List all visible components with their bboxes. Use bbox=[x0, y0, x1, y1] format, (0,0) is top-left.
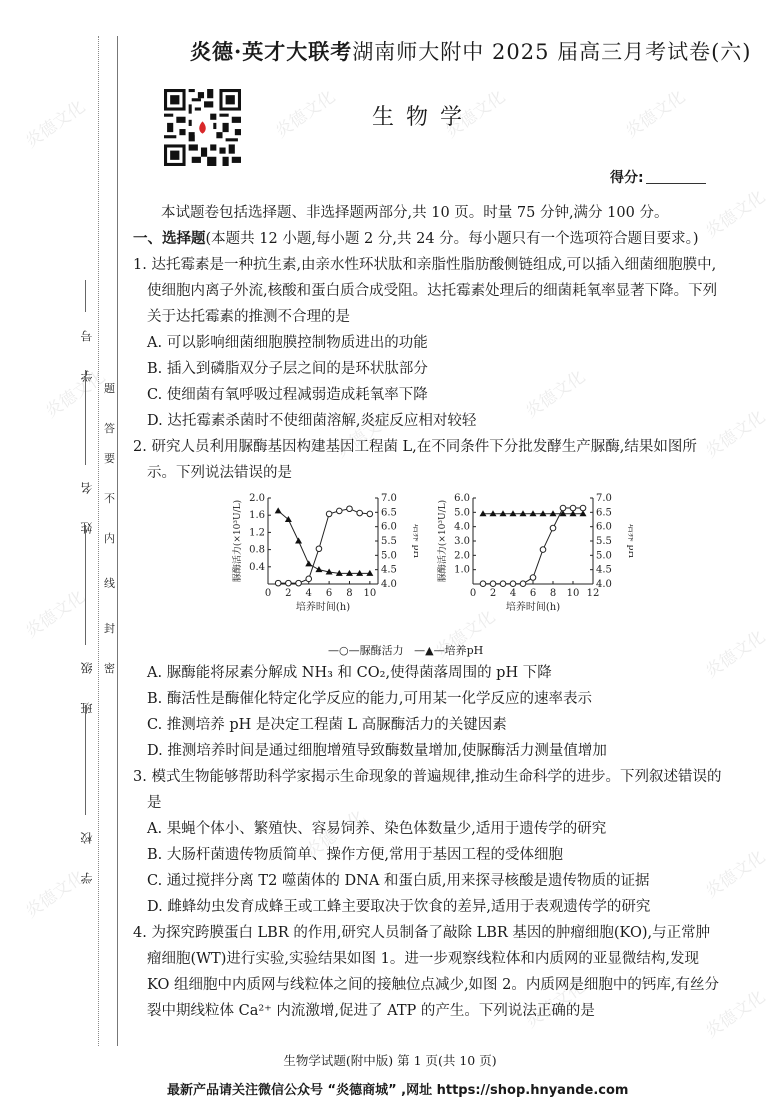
svg-text:2: 2 bbox=[285, 588, 291, 599]
exam-content: 本试题卷包括选择题、非选择题两部分,共 10 页。时量 75 分钟,满分 100… bbox=[133, 200, 723, 1024]
seal-char: 要 bbox=[104, 450, 115, 466]
binding-dotted-line bbox=[98, 36, 99, 1046]
score-blank bbox=[646, 183, 706, 184]
seal-char: 封 bbox=[104, 620, 115, 636]
svg-text:4: 4 bbox=[306, 588, 312, 599]
field-name-label: 姓 名 bbox=[78, 470, 95, 534]
svg-text:2: 2 bbox=[490, 588, 496, 599]
seal-char: 内 bbox=[104, 530, 115, 546]
svg-text:10: 10 bbox=[363, 588, 376, 599]
chart-legend: —○—脲酶活力 —▲—培养pH bbox=[328, 638, 483, 664]
svg-text:6: 6 bbox=[326, 588, 332, 599]
svg-text:培养 pH: 培养 pH bbox=[626, 524, 633, 559]
question-1: 1. 达托霉素是一种抗生素,由亲水性环状肽和亲脂性脂肪酸侧链组成,可以插入细菌细… bbox=[133, 252, 723, 434]
question-stem: 3. 模式生物能够帮助科学家揭示生命现象的普遍规律,推动生命科学的进步。下列叙述… bbox=[133, 764, 723, 816]
figure-charts: 02468100.40.81.21.62.04.04.55.05.56.06.5… bbox=[133, 490, 723, 660]
svg-text:0.8: 0.8 bbox=[249, 545, 265, 556]
svg-text:6.0: 6.0 bbox=[454, 493, 470, 504]
legend-activity: 脲酶活力 bbox=[360, 644, 404, 657]
option-c: C. 通过搅拌分离 T2 噬菌体的 DNA 和蛋白质,用来探寻核酸是遗传物质的证… bbox=[133, 868, 723, 894]
seal-char: 题 bbox=[104, 380, 115, 396]
seal-char: 不 bbox=[104, 490, 115, 506]
question-stem: 4. 为探究跨膜蛋白 LBR 的作用,研究人员制备了敲除 LBR 基因的肿瘤细胞… bbox=[133, 920, 723, 1024]
seal-char: 答 bbox=[104, 420, 115, 436]
exam-title-brand: 炎德·英才大联考 bbox=[190, 39, 352, 64]
svg-text:0.4: 0.4 bbox=[249, 562, 265, 573]
svg-text:4.5: 4.5 bbox=[596, 565, 612, 576]
option-a: A. 果蝇个体小、繁殖快、容易饲养、染色体数量少,适用于遗传学的研究 bbox=[133, 816, 723, 842]
legend-circle-icon: —○— bbox=[328, 644, 360, 657]
svg-text:5.0: 5.0 bbox=[596, 550, 612, 561]
legend-triangle-icon: —▲— bbox=[414, 644, 444, 657]
option-d: D. 达托霉素杀菌时不使细菌溶解,炎症反应相对较轻 bbox=[133, 408, 723, 434]
seal-char: 密 bbox=[104, 660, 115, 676]
field-school-line bbox=[85, 705, 86, 815]
field-name-line bbox=[85, 370, 86, 465]
field-student-number-line bbox=[85, 280, 86, 312]
svg-text:5.0: 5.0 bbox=[381, 550, 397, 561]
svg-text:6.0: 6.0 bbox=[381, 522, 397, 533]
chart-right: 0246810121.02.03.04.05.06.04.04.55.05.56… bbox=[433, 490, 633, 630]
svg-text:1.0: 1.0 bbox=[454, 565, 470, 576]
section-title: 一、选择题 bbox=[133, 230, 206, 247]
svg-text:0: 0 bbox=[265, 588, 271, 599]
option-c: C. 推测培养 pH 是决定工程菌 L 高脲酶活力的关键因素 bbox=[133, 712, 723, 738]
page-footer: 生物学试题(附中版) 第 1 页(共 10 页) bbox=[0, 1051, 780, 1069]
svg-text:脲酶活力(×10³U/L): 脲酶活力(×10³U/L) bbox=[436, 500, 448, 582]
field-class-label: 班 级 bbox=[78, 650, 95, 714]
promo-footer: 最新产品请关注微信公众号 “炎德商城” ,网址 https://shop.hny… bbox=[167, 1079, 628, 1098]
field-class-line bbox=[85, 525, 86, 645]
exam-title: 炎德·英才大联考湖南师大附中 2025 届高三月考试卷(六) bbox=[190, 36, 752, 66]
svg-text:6: 6 bbox=[530, 588, 536, 599]
svg-text:0: 0 bbox=[470, 588, 476, 599]
legend-ph: 培养pH bbox=[445, 644, 484, 657]
option-a: A. 可以影响细菌细胞膜控制物质进出的功能 bbox=[133, 330, 723, 356]
exam-intro: 本试题卷包括选择题、非选择题两部分,共 10 页。时量 75 分钟,满分 100… bbox=[133, 200, 723, 226]
option-b: B. 插入到磷脂双分子层之间的是环状肽部分 bbox=[133, 356, 723, 382]
option-b: B. 酶活性是酶催化特定化学反应的能力,可用某一化学反应的速率表示 bbox=[133, 686, 723, 712]
svg-text:8: 8 bbox=[550, 588, 556, 599]
svg-text:5.5: 5.5 bbox=[381, 536, 397, 547]
qr-code-icon bbox=[164, 89, 241, 166]
score-field: 得分: bbox=[610, 167, 706, 187]
svg-text:5.5: 5.5 bbox=[596, 536, 612, 547]
svg-text:2.0: 2.0 bbox=[249, 493, 265, 504]
svg-text:脲酶活力(×10³U/L): 脲酶活力(×10³U/L) bbox=[231, 500, 243, 582]
svg-text:4: 4 bbox=[510, 588, 516, 599]
exam-title-school: 湖南师大附中 2025 届高三月考试卷(六) bbox=[352, 40, 751, 64]
question-3: 3. 模式生物能够帮助科学家揭示生命现象的普遍规律,推动生命科学的进步。下列叙述… bbox=[133, 764, 723, 920]
option-d: D. 推测培养时间是通过细胞增殖导致酶数量增加,使脲酶活力测量值增加 bbox=[133, 738, 723, 764]
watermark-text: 炎德文化 bbox=[619, 83, 689, 142]
svg-text:1.2: 1.2 bbox=[249, 527, 265, 538]
question-2: 2. 研究人员利用脲酶基因构建基因工程菌 L,在不同条件下分批发酵生产脲酶,结果… bbox=[133, 434, 723, 764]
section-description: (本题共 12 小题,每小题 2 分,共 24 分。每小题只有一个选项符合题目要… bbox=[206, 231, 699, 247]
svg-text:4.0: 4.0 bbox=[381, 579, 397, 590]
binding-solid-line bbox=[117, 36, 118, 1046]
option-b: B. 大肠杆菌遗传物质简单、操作方便,常用于基因工程的受体细胞 bbox=[133, 842, 723, 868]
section-heading: 一、选择题(本题共 12 小题,每小题 2 分,共 24 分。每小题只有一个选项… bbox=[133, 226, 723, 252]
svg-text:10: 10 bbox=[567, 588, 580, 599]
svg-text:8: 8 bbox=[346, 588, 352, 599]
svg-text:培养 pH: 培养 pH bbox=[411, 524, 418, 559]
svg-text:培养时间(h): 培养时间(h) bbox=[296, 600, 350, 613]
svg-text:2.0: 2.0 bbox=[454, 550, 470, 561]
svg-text:6.5: 6.5 bbox=[381, 507, 397, 518]
seal-char: 线 bbox=[104, 575, 115, 591]
svg-text:1.6: 1.6 bbox=[249, 510, 265, 521]
watermark-text: 炎德文化 bbox=[19, 583, 89, 642]
svg-text:4.0: 4.0 bbox=[596, 579, 612, 590]
svg-text:培养时间(h): 培养时间(h) bbox=[506, 600, 560, 613]
svg-text:3.0: 3.0 bbox=[454, 536, 470, 547]
chart-left: 02468100.40.81.21.62.04.04.55.05.56.06.5… bbox=[228, 490, 418, 630]
field-school-label: 学 校 bbox=[78, 820, 95, 884]
question-stem: 1. 达托霉素是一种抗生素,由亲水性环状肽和亲脂性脂肪酸侧链组成,可以插入细菌细… bbox=[133, 252, 723, 330]
svg-text:6.0: 6.0 bbox=[596, 522, 612, 533]
svg-text:6.5: 6.5 bbox=[596, 507, 612, 518]
question-stem: 2. 研究人员利用脲酶基因构建基因工程菌 L,在不同条件下分批发酵生产脲酶,结果… bbox=[133, 434, 723, 486]
field-student-number-label: 学 号 bbox=[78, 318, 95, 382]
svg-text:4.0: 4.0 bbox=[454, 522, 470, 533]
question-4: 4. 为探究跨膜蛋白 LBR 的作用,研究人员制备了敲除 LBR 基因的肿瘤细胞… bbox=[133, 920, 723, 1024]
watermark-text: 炎德文化 bbox=[269, 83, 339, 142]
svg-text:7.0: 7.0 bbox=[596, 493, 612, 504]
option-d: D. 雌蜂幼虫发育成蜂王或工蜂主要取决于饮食的差异,适用于表观遗传学的研究 bbox=[133, 894, 723, 920]
watermark-text: 炎德文化 bbox=[19, 93, 89, 152]
option-c: C. 使细菌有氧呼吸过程减弱造成耗氧率下降 bbox=[133, 382, 723, 408]
subject-title: 生物学 bbox=[372, 100, 474, 131]
svg-text:4.5: 4.5 bbox=[381, 565, 397, 576]
svg-text:7.0: 7.0 bbox=[381, 493, 397, 504]
svg-text:5.0: 5.0 bbox=[454, 507, 470, 518]
score-label: 得分: bbox=[610, 170, 644, 186]
